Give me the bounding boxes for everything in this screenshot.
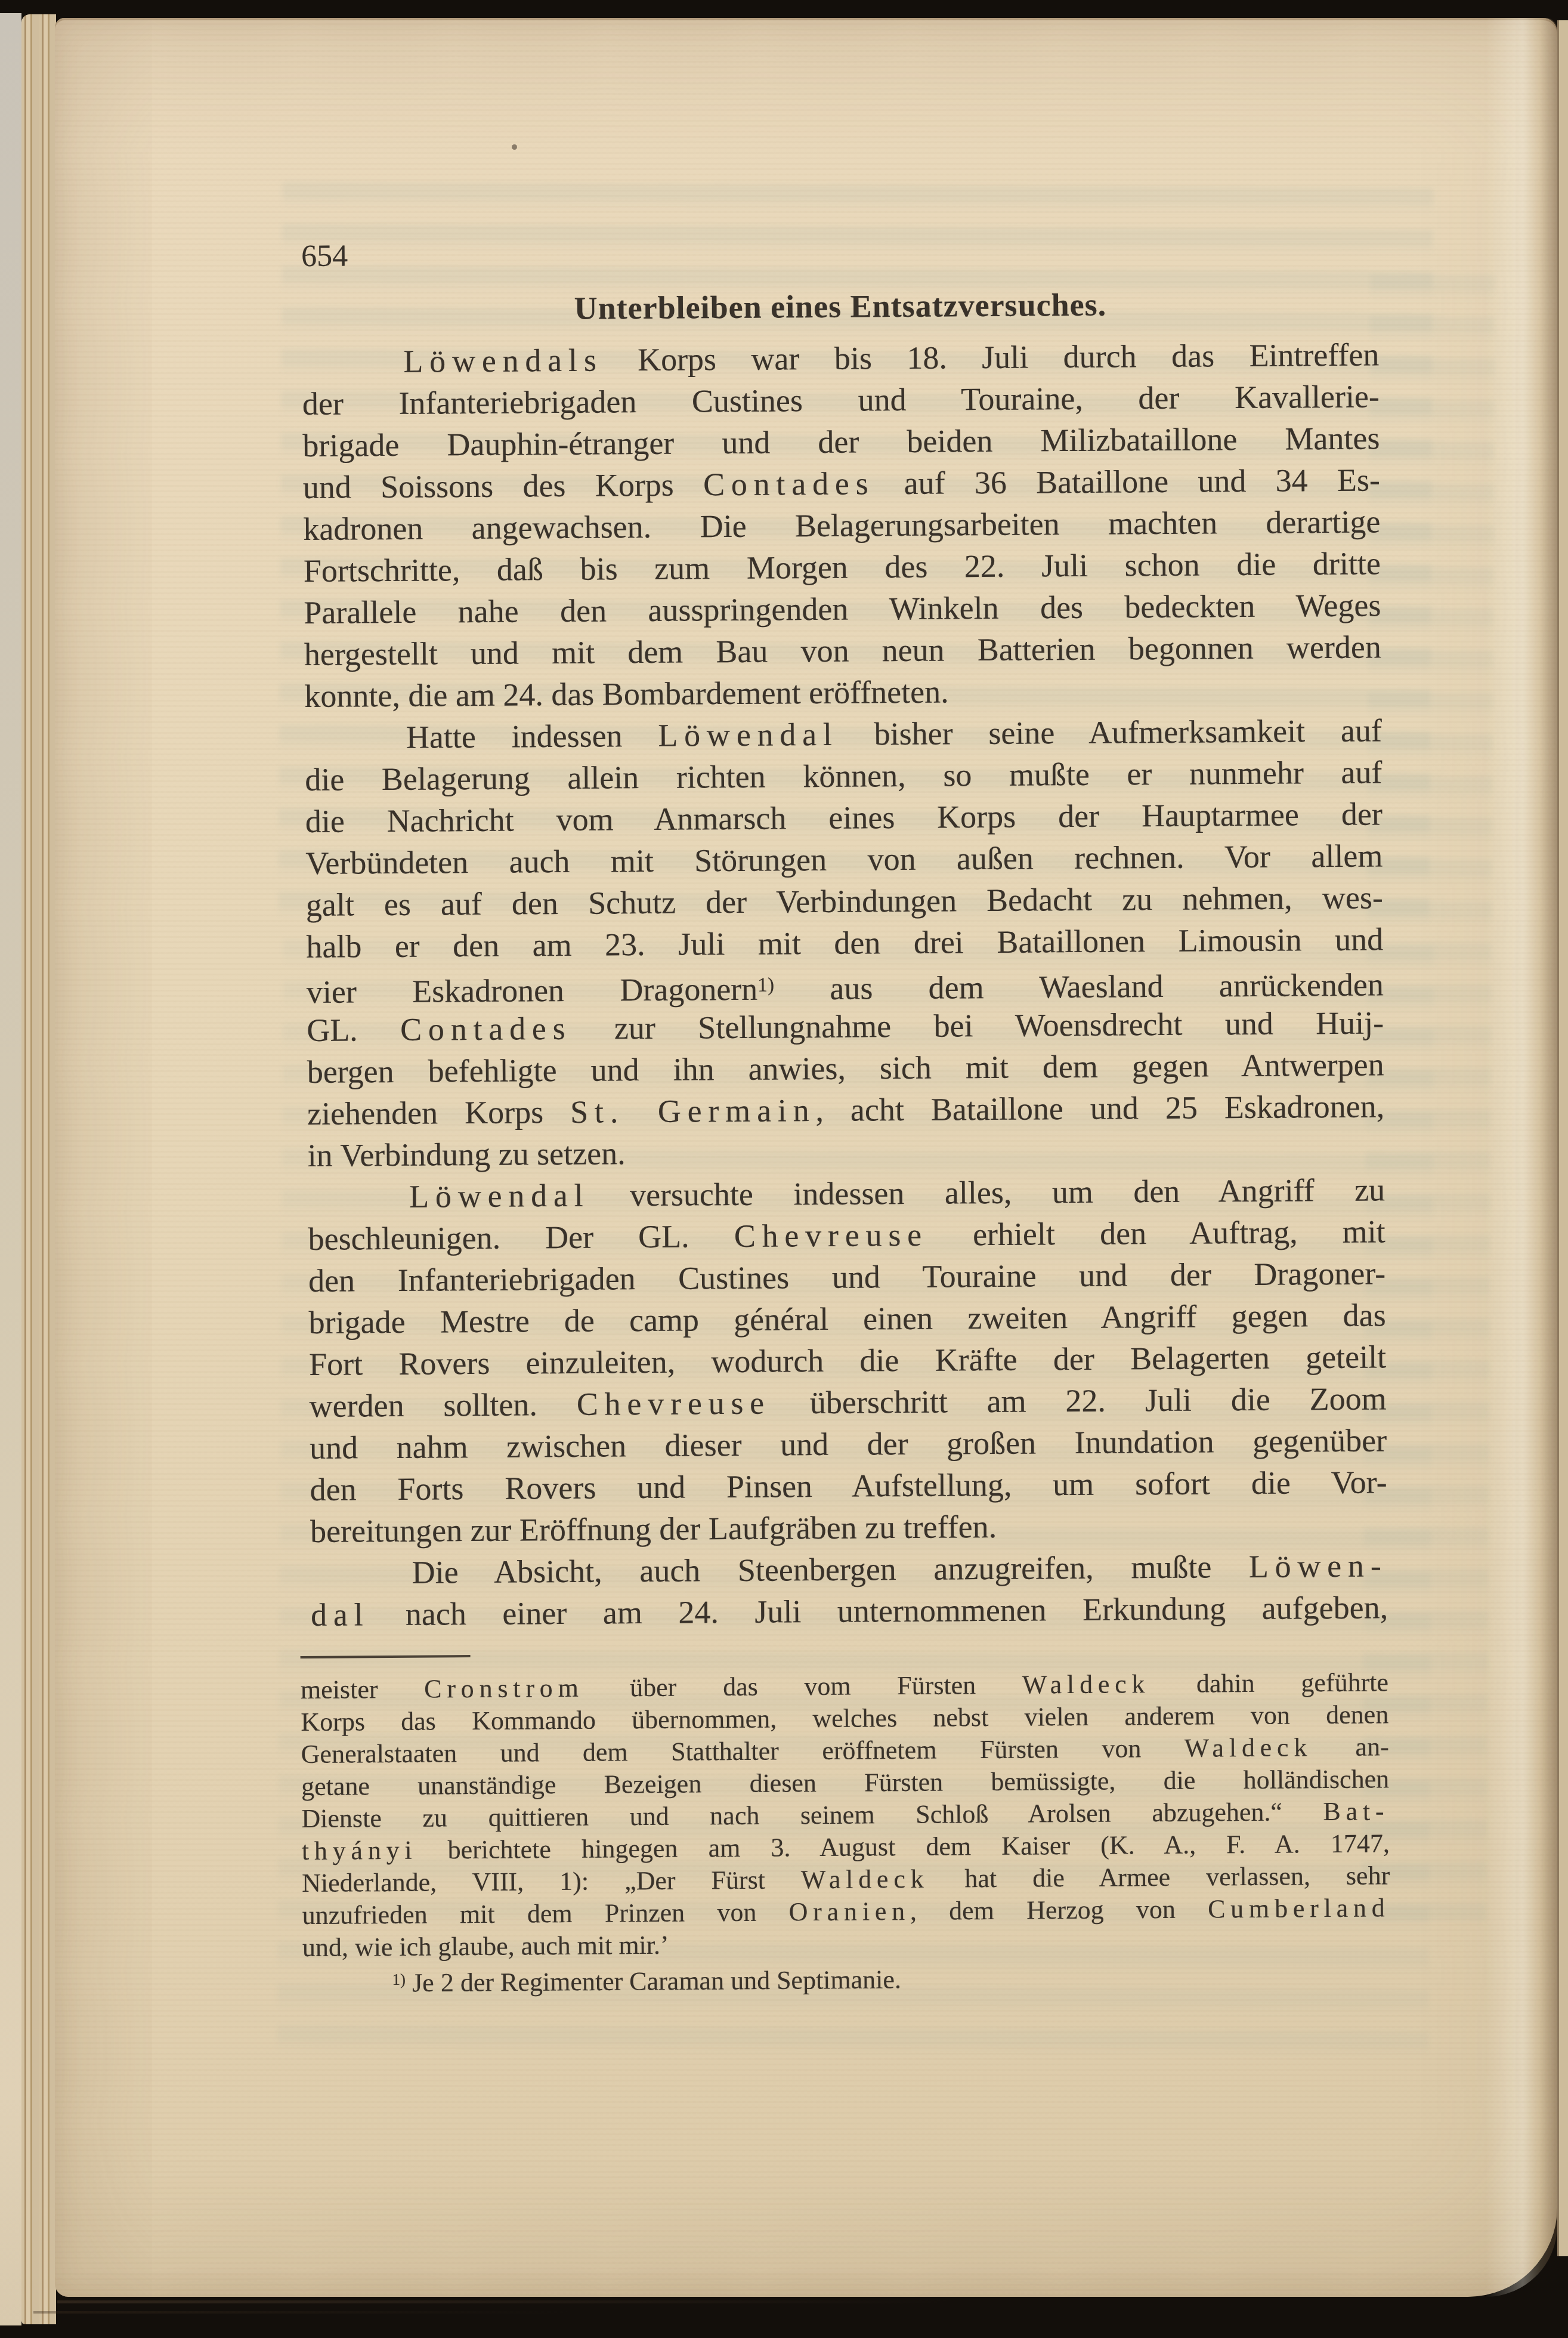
text-line: und nahm zwischen dieser und der großen …: [310, 1419, 1387, 1469]
gutter-shadow: [1486, 18, 1557, 2297]
paragraph: meister Cronstrom über das vom Fürsten W…: [301, 1666, 1390, 1964]
text-line: der Infanteriebrigaden Custines und Tour…: [302, 375, 1380, 425]
text-line: brigade Dauphin-étranger und der beiden …: [302, 417, 1380, 467]
text-line: Die Absicht, auch Steenbergen anzugreife…: [310, 1545, 1387, 1594]
footnote: meister Cronstrom über das vom Fürsten W…: [301, 1648, 1391, 1996]
text-line: hergestellt und mit dem Bau von neun Bat…: [304, 626, 1381, 675]
text-line: Löwendal versuchte indessen alles, um de…: [308, 1169, 1385, 1218]
paragraph: Löwendals Korps war bis 18. Juli durch d…: [302, 333, 1381, 717]
facing-page-edge: [0, 13, 21, 2325]
text-line: bereitungen zur Eröffnung der Laufgräben…: [310, 1503, 1387, 1552]
text-line: ziehenden Korps St. Germain, acht Batail…: [307, 1085, 1384, 1135]
text-line: Fortschritte, daß bis zum Morgen des 22.…: [304, 542, 1381, 592]
text-line: die Belagerung allein richten können, so…: [305, 751, 1382, 801]
under-page-edge: [1557, 20, 1568, 2256]
footnote-text: meister Cronstrom über das vom Fürsten W…: [301, 1666, 1391, 1996]
text-line: Hatte indessen Löwendal bisher seine Auf…: [305, 709, 1382, 759]
text-line: Verbündeten auch mit Störungen von außen…: [305, 835, 1383, 884]
text-line: werden sollten. Chevreuse überschritt am…: [309, 1378, 1386, 1427]
text-line: Löwendals Korps war bis 18. Juli durch d…: [302, 333, 1379, 383]
text-line: beschleunigen. Der GL. Chevreuse erhielt…: [308, 1210, 1385, 1260]
text-line: bergen befehligte und ihn anwies, sich m…: [307, 1043, 1384, 1093]
text-line: die Nachricht vom Anmarsch eines Korps d…: [305, 793, 1383, 842]
paragraph: Die Absicht, auch Steenbergen anzugreife…: [310, 1545, 1388, 1636]
paragraph: Löwendal versuchte indessen alles, um de…: [308, 1169, 1387, 1552]
footnote-rule: [301, 1655, 471, 1658]
paragraph: Hatte indessen Löwendal bisher seine Auf…: [305, 709, 1385, 1176]
body-text: Löwendals Korps war bis 18. Juli durch d…: [302, 333, 1388, 1636]
text-line: vier Eskadronen Dragonern1) aus dem Waes…: [307, 960, 1384, 1009]
chapter-heading: Unterbleiben eines Entsatzversuches.: [302, 283, 1379, 329]
bottom-page-edge: [33, 2311, 570, 2314]
text-line: kadronen angewachsen. Die Belagerungsarb…: [303, 501, 1380, 550]
page-edge-stack: [21, 14, 56, 2324]
text-line: in Verbindung zu setzen.: [307, 1127, 1384, 1176]
text-line: und Soissons des Korps Contades auf 36 B…: [303, 459, 1380, 508]
scan-background: { "page": { "number": "654", "heading": …: [0, 0, 1568, 2338]
text-line: den Infanteriebrigaden Custines und Tour…: [308, 1252, 1385, 1302]
bottom-page-edge: [57, 2300, 952, 2303]
text-line: brigade Mestre de camp général einen zwe…: [308, 1294, 1385, 1343]
text-line: den Forts Rovers und Pinsen Aufstellung,…: [310, 1461, 1387, 1511]
text-line: konnte, die am 24. das Bombardement eröf…: [304, 668, 1381, 717]
text-line: galt es auf den Schutz der Verbindungen …: [306, 876, 1383, 926]
text-line: GL. Contades zur Stellungnahme bei Woens…: [307, 1002, 1384, 1051]
printed-content: 654 Unterbleiben eines Entsatzversuches.…: [301, 231, 1391, 1996]
page-number: 654: [301, 231, 1378, 274]
text-line: halb er den am 23. Juli mit den drei Bat…: [306, 918, 1383, 968]
text-line: Parallele nahe den ausspringenden Winkel…: [304, 584, 1381, 634]
ink-speck: [512, 144, 517, 150]
text-line: dal nach einer am 24. Juli unternommenen…: [311, 1586, 1388, 1636]
text-line: Fort Rovers einzuleiten, wodurch die Krä…: [309, 1336, 1386, 1385]
